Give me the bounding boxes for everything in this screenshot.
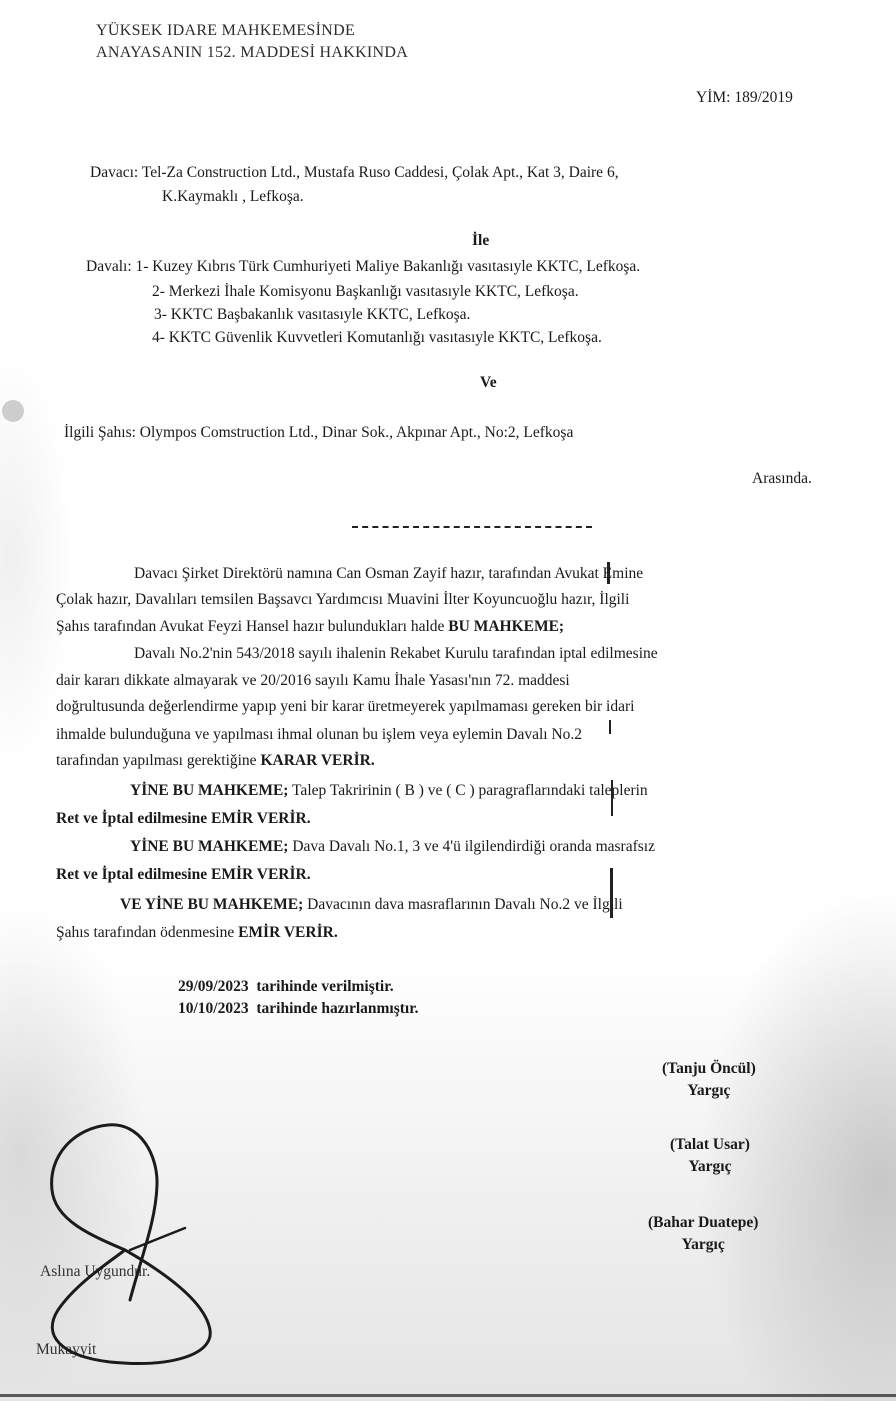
judge-1: (Tanju Öncül) Yargıç	[662, 1058, 756, 1102]
karar-verir: KARAR VERİR.	[260, 752, 374, 769]
connector-ve: Ve	[480, 374, 497, 392]
judge-title: Yargıç	[648, 1234, 758, 1256]
scan-mark	[609, 720, 611, 734]
paper-edge	[0, 1394, 896, 1397]
handwritten-signature-icon	[30, 1110, 270, 1370]
p1-line1: Davacı Şirket Direktörü namına Can Osman…	[134, 565, 643, 583]
bu-mahkeme: BU MAHKEME;	[448, 618, 564, 635]
p1-line2: Çolak hazır, Davalıları temsilen Başsavc…	[56, 591, 629, 609]
plaintiff-label: Davacı:	[90, 164, 138, 181]
judge-title: Yargıç	[662, 1080, 756, 1102]
interested-party: İlgili Şahıs: Olympos Comstruction Ltd.,…	[64, 424, 573, 442]
p2-line1: Davalı No.2'nin 543/2018 sayılı ihalenin…	[134, 645, 658, 663]
case-number: YİM: 189/2019	[696, 89, 793, 107]
p2-line2: dair kararı dikkate almayarak ve 20/2016…	[56, 672, 570, 690]
scan-mark	[607, 562, 610, 584]
p5-line2: Şahıs tarafından ödenmesine EMİR VERİR.	[56, 924, 338, 942]
court-name: YÜKSEK IDARE MAHKEMESİNDE	[96, 22, 355, 40]
defendants-label: Davalı:	[86, 258, 132, 275]
court-subtitle: ANAYASANIN 152. MADDESİ HAKKINDA	[96, 44, 408, 62]
p1-line3: Şahıs tarafından Avukat Feyzi Hansel haz…	[56, 618, 564, 636]
p2-line4: ihmalde bulunduğuna ve yapılması ihmal o…	[56, 726, 582, 744]
date-given: 29/09/2023 tarihinde verilmiştir.	[178, 978, 394, 996]
defendant-3: 3- KKTC Başbakanlık vasıtasıyle KKTC, Le…	[154, 306, 470, 324]
p4-line2: Ret ve İptal edilmesine EMİR VERİR.	[56, 866, 311, 884]
section-divider	[352, 526, 592, 528]
plaintiff-line: Davacı: Tel-Za Construction Ltd., Mustaf…	[90, 164, 619, 182]
judge-name: (Tanju Öncül)	[662, 1058, 756, 1080]
scan-mark	[610, 868, 613, 918]
judge-name: (Bahar Duatepe)	[648, 1212, 758, 1234]
judge-title: Yargıç	[670, 1156, 750, 1178]
judge-3: (Bahar Duatepe) Yargıç	[648, 1212, 758, 1256]
defendant-1: Davalı: 1- Kuzey Kıbrıs Türk Cumhuriyeti…	[86, 258, 640, 276]
emir-verir: EMİR VERİR.	[238, 924, 338, 941]
p5-line1: VE YİNE BU MAHKEME; Davacının dava masra…	[120, 896, 623, 914]
p2-line5: tarafından yapılması gerektiğine KARAR V…	[56, 752, 375, 770]
defendant-4: 4- KKTC Güvenlik Kuvvetleri Komutanlığı …	[152, 329, 602, 347]
scan-mark	[611, 780, 613, 816]
court-decision-page: YÜKSEK IDARE MAHKEMESİNDE ANAYASANIN 152…	[0, 0, 896, 1401]
judge-2: (Talat Usar) Yargıç	[670, 1134, 750, 1178]
plaintiff-address: Tel-Za Construction Ltd., Mustafa Ruso C…	[142, 164, 619, 181]
date-prepared: 10/10/2023 tarihinde hazırlanmıştır.	[178, 1000, 419, 1018]
p3-line1: YİNE BU MAHKEME; Talep Takririnin ( B ) …	[130, 782, 648, 800]
connector-ile: İle	[472, 232, 489, 250]
scan-smudge	[2, 400, 24, 422]
p4-line1: YİNE BU MAHKEME; Dava Davalı No.1, 3 ve …	[130, 838, 655, 856]
p3-line2: Ret ve İptal edilmesine EMİR VERİR.	[56, 810, 311, 828]
arasinda: Arasında.	[752, 470, 812, 488]
judge-name: (Talat Usar)	[670, 1134, 750, 1156]
defendant-2: 2- Merkezi İhale Komisyonu Başkanlığı va…	[152, 283, 579, 301]
plaintiff-address-cont: K.Kaymaklı , Lefkoşa.	[162, 188, 304, 206]
p2-line3: doğrultusunda değerlendirme yapıp yeni b…	[56, 698, 634, 716]
